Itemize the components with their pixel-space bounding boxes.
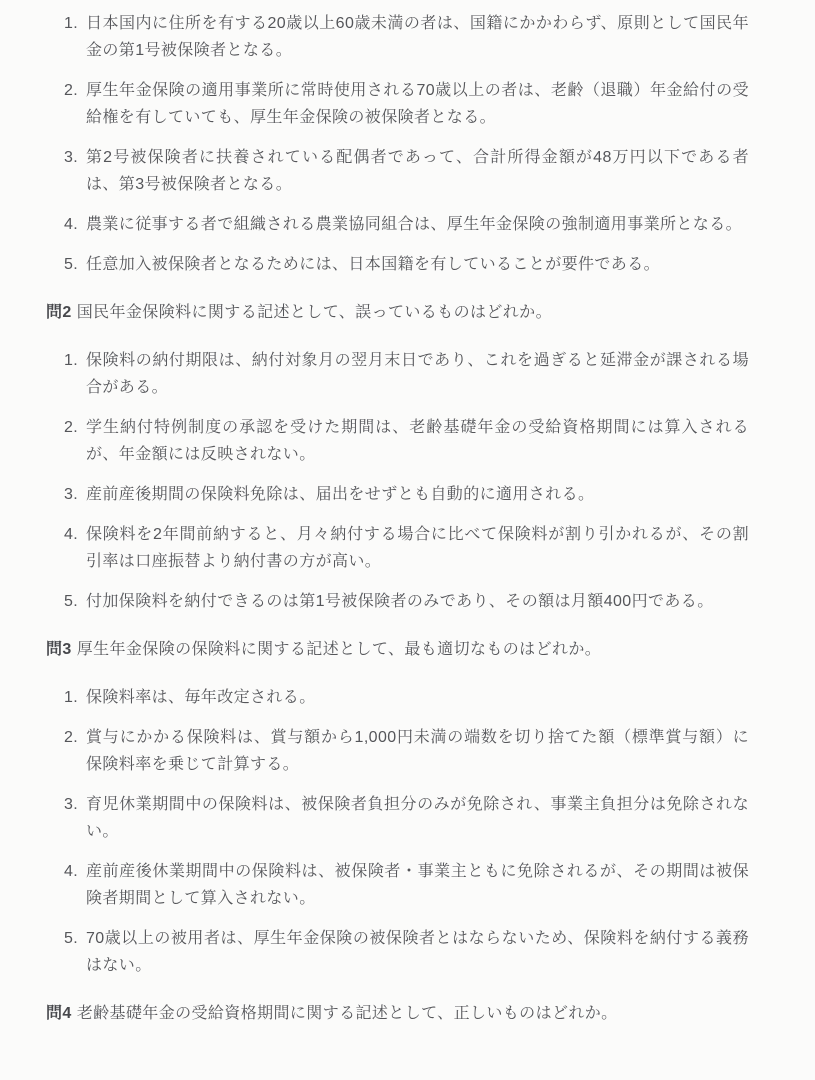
choice-text: 保険料を2年間前納すると、月々納付する場合に比べて保険料が割り引かれるが、その割… [86, 521, 749, 575]
choice-number: 1. [64, 684, 86, 711]
choice-number: 5. [64, 588, 86, 615]
choice-item: 1. 日本国内に住所を有する20歳以上60歳未満の者は、国籍にかかわらず、原則と… [64, 10, 749, 64]
choice-text: 産前産後期間の保険料免除は、届出をせずとも自動的に適用される。 [86, 481, 749, 508]
choice-text: 育児休業期間中の保険料は、被保険者負担分のみが免除され、事業主負担分は免除されな… [86, 791, 749, 845]
question-3-header: 問3 厚生年金保険の保険料に関する記述として、最も適切なものはどれか。 [46, 636, 749, 663]
exam-document-page: 1. 日本国内に住所を有する20歳以上60歳未満の者は、国籍にかかわらず、原則と… [0, 0, 815, 1080]
choice-number: 3. [64, 144, 86, 198]
choice-item: 3. 第2号被保険者に扶養されている配偶者であって、合計所得金額が48万円以下で… [64, 144, 749, 198]
choice-item: 5. 任意加入被保険者となるためには、日本国籍を有していることが要件である。 [64, 251, 749, 278]
question-3-label: 問3 [46, 636, 72, 663]
choice-number: 1. [64, 10, 86, 64]
choice-item: 4. 産前産後休業期間中の保険料は、被保険者・事業主ともに免除されるが、その期間… [64, 858, 749, 912]
choice-item: 1. 保険料の納付期限は、納付対象月の翌月末日であり、これを過ぎると延滞金が課さ… [64, 347, 749, 401]
choice-number: 4. [64, 521, 86, 575]
choice-text: 任意加入被保険者となるためには、日本国籍を有していることが要件である。 [86, 251, 749, 278]
question-2: 問2 国民年金保険料に関する記述として、誤っているものはどれか。 1. 保険料の… [46, 299, 749, 615]
question-2-prompt: 国民年金保険料に関する記述として、誤っているものはどれか。 [77, 299, 749, 326]
choice-item: 3. 育児休業期間中の保険料は、被保険者負担分のみが免除され、事業主負担分は免除… [64, 791, 749, 845]
choice-number: 5. [64, 925, 86, 979]
choice-text: 70歳以上の被用者は、厚生年金保険の被保険者とはならないため、保険料を納付する義… [86, 925, 749, 979]
choice-item: 2. 厚生年金保険の適用事業所に常時使用される70歳以上の者は、老齢（退職）年金… [64, 77, 749, 131]
question-3-prompt: 厚生年金保険の保険料に関する記述として、最も適切なものはどれか。 [77, 636, 749, 663]
choice-text: 産前産後休業期間中の保険料は、被保険者・事業主ともに免除されるが、その期間は被保… [86, 858, 749, 912]
choice-number: 5. [64, 251, 86, 278]
choice-number: 4. [64, 858, 86, 912]
choice-number: 3. [64, 481, 86, 508]
question-4-label: 問4 [46, 1000, 72, 1027]
question-4-header: 問4 老齢基礎年金の受給資格期間に関する記述として、正しいものはどれか。 [46, 1000, 749, 1027]
choice-text: 日本国内に住所を有する20歳以上60歳未満の者は、国籍にかかわらず、原則として国… [86, 10, 749, 64]
question-3-choices: 1. 保険料率は、毎年改定される。 2. 賞与にかかる保険料は、賞与額から1,0… [46, 684, 749, 979]
question-3: 問3 厚生年金保険の保険料に関する記述として、最も適切なものはどれか。 1. 保… [46, 636, 749, 979]
choice-text: 農業に従事する者で組織される農業協同組合は、厚生年金保険の強制適用事業所となる。 [86, 211, 749, 238]
choice-text: 賞与にかかる保険料は、賞与額から1,000円未満の端数を切り捨てた額（標準賞与額… [86, 724, 749, 778]
question-2-header: 問2 国民年金保険料に関する記述として、誤っているものはどれか。 [46, 299, 749, 326]
choice-text: 保険料率は、毎年改定される。 [86, 684, 749, 711]
choice-item: 4. 農業に従事する者で組織される農業協同組合は、厚生年金保険の強制適用事業所と… [64, 211, 749, 238]
choice-text: 付加保険料を納付できるのは第1号被保険者のみであり、その額は月額400円である。 [86, 588, 749, 615]
question-4-prompt: 老齢基礎年金の受給資格期間に関する記述として、正しいものはどれか。 [77, 1000, 749, 1027]
choice-number: 3. [64, 791, 86, 845]
choice-item: 3. 産前産後期間の保険料免除は、届出をせずとも自動的に適用される。 [64, 481, 749, 508]
choice-number: 2. [64, 77, 86, 131]
choice-item: 1. 保険料率は、毎年改定される。 [64, 684, 749, 711]
choice-item: 5. 付加保険料を納付できるのは第1号被保険者のみであり、その額は月額400円で… [64, 588, 749, 615]
choice-item: 5. 70歳以上の被用者は、厚生年金保険の被保険者とはならないため、保険料を納付… [64, 925, 749, 979]
question-4: 問4 老齢基礎年金の受給資格期間に関する記述として、正しいものはどれか。 [46, 1000, 749, 1027]
choice-text: 学生納付特例制度の承認を受けた期間は、老齢基礎年金の受給資格期間には算入されるが… [86, 414, 749, 468]
choice-item: 4. 保険料を2年間前納すると、月々納付する場合に比べて保険料が割り引かれるが、… [64, 521, 749, 575]
choice-number: 1. [64, 347, 86, 401]
top-question-choices: 1. 日本国内に住所を有する20歳以上60歳未満の者は、国籍にかかわらず、原則と… [46, 10, 749, 278]
question-2-label: 問2 [46, 299, 72, 326]
choice-number: 2. [64, 724, 86, 778]
choice-number: 2. [64, 414, 86, 468]
choice-item: 2. 賞与にかかる保険料は、賞与額から1,000円未満の端数を切り捨てた額（標準… [64, 724, 749, 778]
choice-item: 2. 学生納付特例制度の承認を受けた期間は、老齢基礎年金の受給資格期間には算入さ… [64, 414, 749, 468]
question-2-choices: 1. 保険料の納付期限は、納付対象月の翌月末日であり、これを過ぎると延滞金が課さ… [46, 347, 749, 615]
choice-text: 保険料の納付期限は、納付対象月の翌月末日であり、これを過ぎると延滞金が課される場… [86, 347, 749, 401]
choice-text: 厚生年金保険の適用事業所に常時使用される70歳以上の者は、老齢（退職）年金給付の… [86, 77, 749, 131]
choice-text: 第2号被保険者に扶養されている配偶者であって、合計所得金額が48万円以下である者… [86, 144, 749, 198]
choice-number: 4. [64, 211, 86, 238]
